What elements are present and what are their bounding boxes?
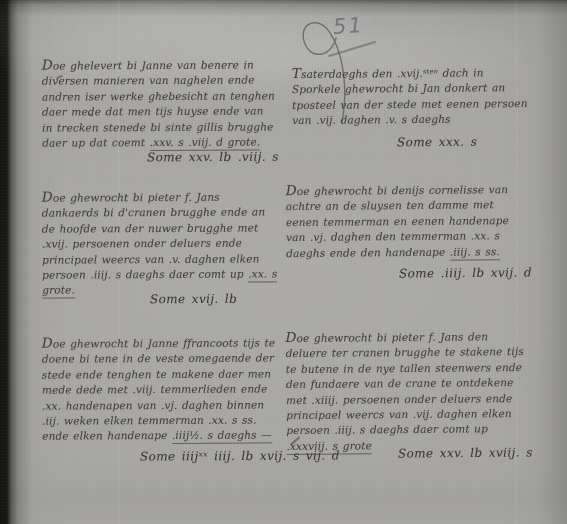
entry-left-1: Doe ghelevert bi Janne van benere in div… xyxy=(42,57,278,152)
summa-label: Some xyxy=(397,135,433,149)
entry-amount: .iiij½. s daeghs — xyxy=(172,430,272,445)
entry-right-3: Doe ghewrocht bi pieter f. Jans den delu… xyxy=(285,329,528,455)
entry-paragraph: Tsaterdaeghs den .xvij.ˢᵗᵉⁿ dach in Spor… xyxy=(292,65,531,130)
entry-left-2: Doe ghewrocht bi pieter f. Jans dankaerd… xyxy=(42,189,281,299)
summa-left-1: Some xxv. lb .viij. s xyxy=(147,150,279,165)
summa-value: xxx. s xyxy=(439,135,478,149)
summa-right-2: Some .iiij. lb xvij. d xyxy=(399,265,532,280)
entry-amount: .iiij. s ss. xyxy=(450,246,500,260)
entry-body: Tsaterdaeghs den .xvij.ˢᵗᵉⁿ dach in Spor… xyxy=(292,67,528,127)
entry-amount: .xxxviij. s grote xyxy=(286,440,372,455)
entry-body: Doe ghewrocht bi pieter f. Jans den delu… xyxy=(285,331,523,437)
entry-paragraph: Doe ghewrocht bi pieter f. Jans den delu… xyxy=(285,329,528,455)
entry-body: Doe ghewrocht bi pieter f. Jans dankaerd… xyxy=(42,192,266,282)
summa-value: xvij. lb xyxy=(192,292,238,306)
manuscript-page: 51 Doe ghelevert bi Janne van benere in … xyxy=(0,0,567,524)
summa-label: Some xyxy=(399,266,435,280)
summa-label: Some xyxy=(140,449,176,463)
summa-right-3: Some xxv. lb xviij. s xyxy=(398,445,533,460)
entry-left-3: Doe ghewrocht bi Janne ffrancoots tijs t… xyxy=(42,335,285,445)
entry-paragraph: Doe ghelevert bi Janne van benere in div… xyxy=(42,57,278,152)
entry-paragraph: Doe ghewrocht bi denijs cornelisse van a… xyxy=(286,182,531,262)
entry-body: Doe ghewrocht bi Janne ffrancoots tijs t… xyxy=(42,337,275,443)
entry-paragraph: Doe ghewrocht bi pieter f. Jans dankaerd… xyxy=(42,189,281,299)
summa-value: xxv. lb xviij. s xyxy=(440,445,533,460)
summa-right-1: Some xxx. s xyxy=(397,135,477,150)
summa-label: Some xyxy=(398,446,434,460)
summa-value: xxv. lb .viij. s xyxy=(189,150,279,164)
entry-paragraph: Doe ghewrocht bi Janne ffrancoots tijs t… xyxy=(42,335,285,445)
summa-label: Some xyxy=(150,292,186,306)
summa-left-2: Some xvij. lb xyxy=(150,292,237,306)
summa-value: .iiij. lb xvij. d xyxy=(441,265,532,280)
summa-label: Some xyxy=(147,150,183,164)
entry-right-2: Doe ghewrocht bi denijs cornelisse van a… xyxy=(286,182,531,262)
entry-right-1: Tsaterdaeghs den .xvij.ˢᵗᵉⁿ dach in Spor… xyxy=(292,65,531,130)
